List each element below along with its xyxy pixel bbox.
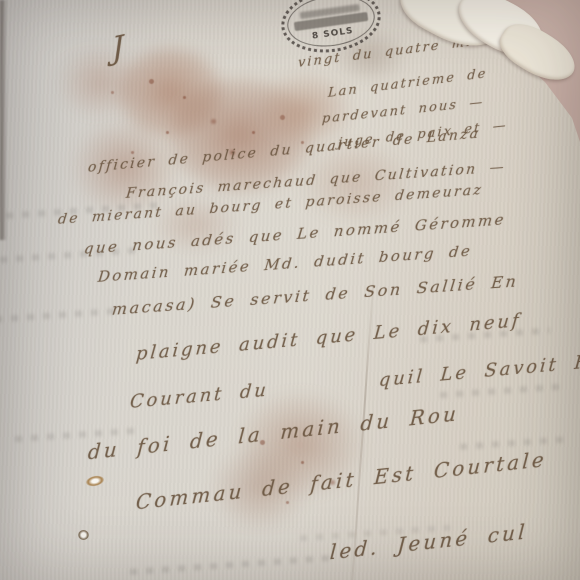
handwriting-line: led. Jeuné cul bbox=[329, 519, 528, 564]
handwriting-layer: Jvingt du quatre mil septLan quatrieme d… bbox=[0, 0, 580, 580]
manuscript-photo: 8 SOLS Jvingt du quatre mil septLan quat… bbox=[0, 0, 580, 580]
manuscript-paper: 8 SOLS Jvingt du quatre mil septLan quat… bbox=[0, 0, 580, 580]
handwriting-line: J bbox=[111, 28, 129, 67]
handwriting-line: Courant du quil Le Savoit Ri bbox=[129, 351, 580, 413]
handwriting-line: Lan quatrieme de bbox=[328, 66, 488, 101]
handwriting-line: plaigne audit que Le dix neuf bbox=[135, 310, 522, 365]
photo-left-edge-shadow bbox=[0, 0, 7, 240]
handwriting-line: Commau de fait Est Courtale bbox=[135, 447, 548, 515]
